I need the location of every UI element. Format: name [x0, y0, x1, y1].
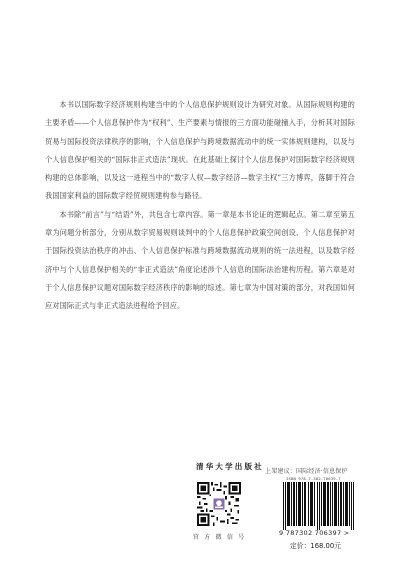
qr-caption: 官方微信号	[193, 532, 250, 541]
blurb-paragraph-2: 本书除“前言”与“结语”外，共包含七章内容。第一章是本书论证的逻辑起点。第二章至…	[45, 206, 355, 316]
price-label: 定价：168.00元	[290, 540, 341, 550]
back-cover-blurb: 本书以国际数字经济规则构建当中的个人信息保护规则设计为研究对象。从国际规则构建的…	[45, 96, 355, 316]
barcode-digits: 9 787302 706397 >	[279, 529, 350, 537]
qr-code-icon	[197, 482, 241, 526]
barcode	[283, 482, 355, 530]
isbn-label: ISBN 978-7-302-70639-7	[286, 476, 341, 481]
wechat-qr-code[interactable]	[197, 482, 241, 526]
shelving-suggestion: 上架建议：国际经济·信息保护	[265, 466, 348, 475]
barcode-icon	[283, 482, 355, 530]
publisher-name: 清华大学出版社	[196, 461, 264, 472]
blurb-paragraph-1: 本书以国际数字经济规则构建当中的个人信息保护规则设计为研究对象。从国际规则构建的…	[45, 96, 355, 206]
